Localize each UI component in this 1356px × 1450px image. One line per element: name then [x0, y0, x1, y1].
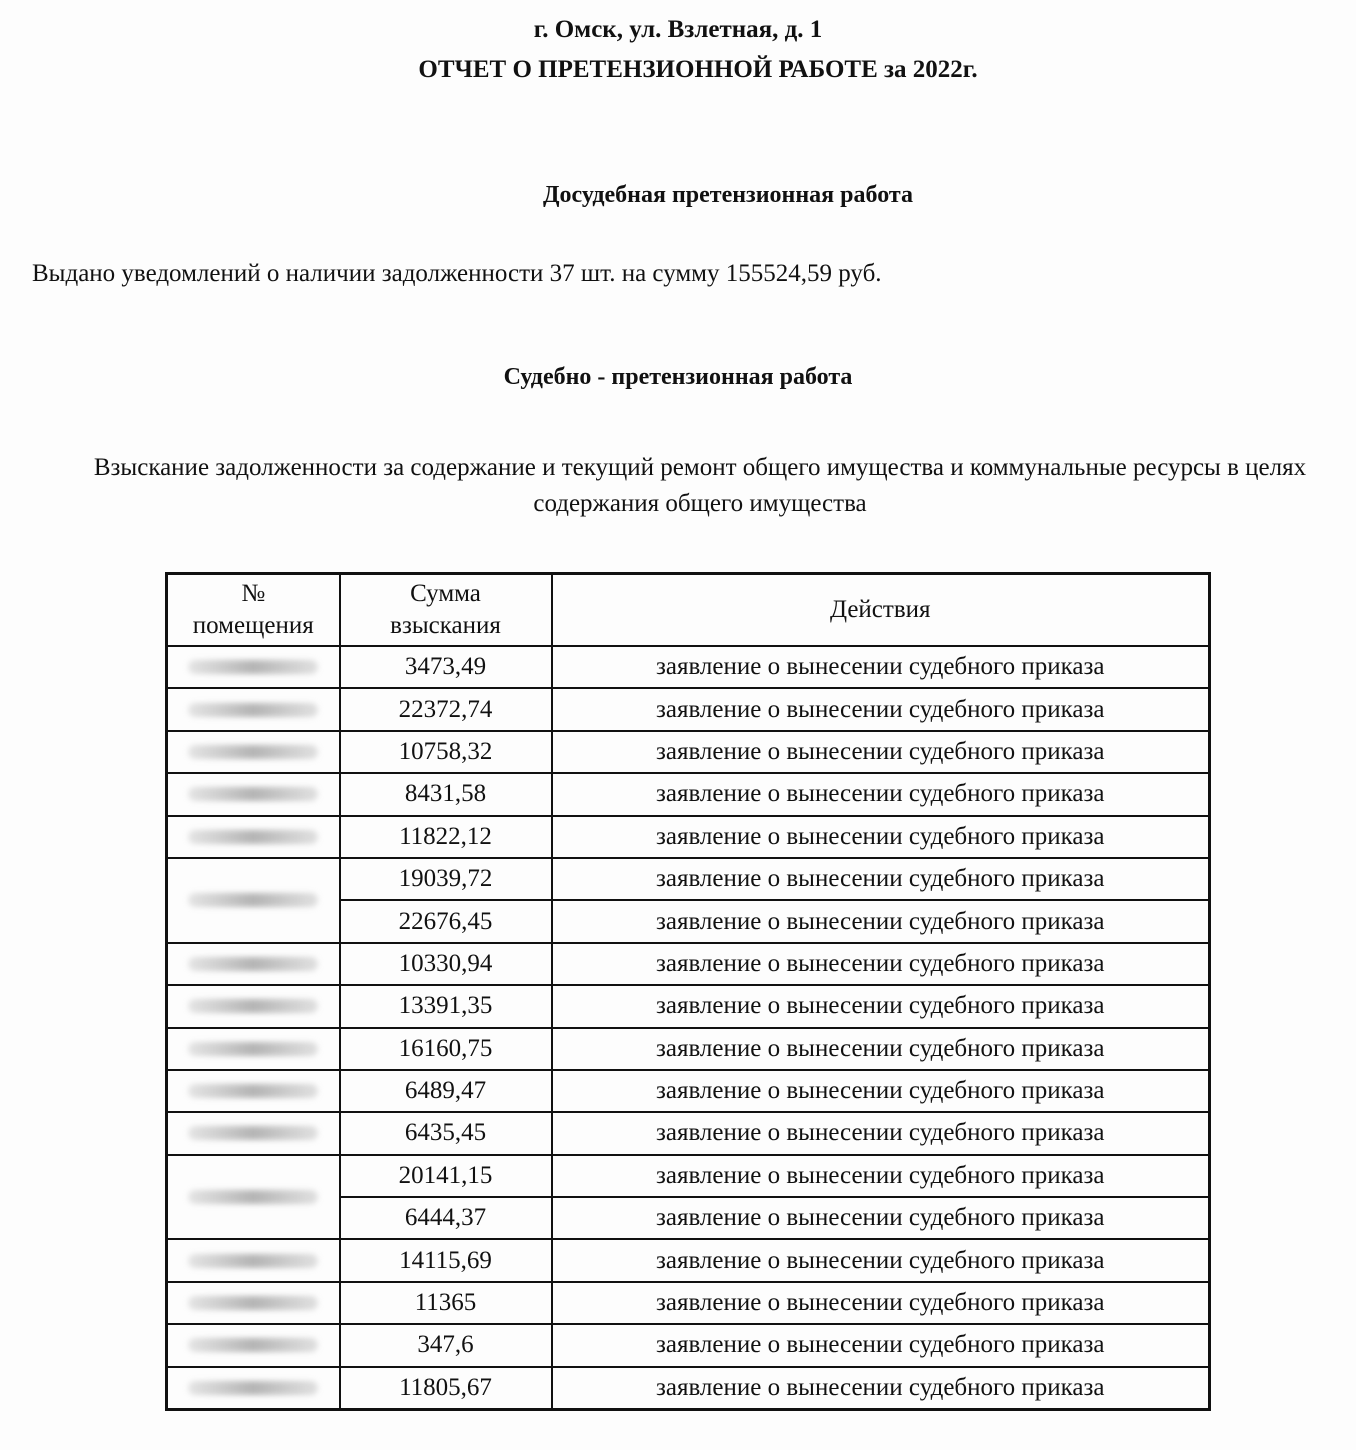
court-description: Взыскание задолженности за содержание и … [40, 450, 1356, 522]
redacted-blur [188, 830, 318, 844]
room-cell-redacted [167, 858, 340, 943]
room-cell-redacted [167, 1282, 340, 1324]
action-cell: заявление о вынесении судебного приказа [552, 1367, 1210, 1410]
action-cell: заявление о вынесении судебного приказа [552, 688, 1210, 730]
amount-cell: 22676,45 [340, 900, 552, 942]
redacted-blur [188, 1126, 318, 1140]
amount-cell: 8431,58 [340, 773, 552, 815]
amount-cell: 6444,37 [340, 1197, 552, 1239]
redacted-blur [188, 703, 318, 717]
amount-cell: 11365 [340, 1282, 552, 1324]
action-cell: заявление о вынесении судебного приказа [552, 900, 1210, 942]
amount-cell: 6435,45 [340, 1112, 552, 1154]
amount-cell: 19039,72 [340, 858, 552, 900]
table-row: 3473,49заявление о вынесении судебного п… [167, 646, 1210, 688]
room-cell-redacted [167, 688, 340, 730]
action-cell: заявление о вынесении судебного приказа [552, 1197, 1210, 1239]
action-cell: заявление о вынесении судебного приказа [552, 1324, 1210, 1366]
pretrial-heading: Досудебная претензионная работа [50, 182, 1356, 209]
header-room: №помещения [167, 574, 340, 647]
redacted-blur [188, 1381, 318, 1395]
table-row: 22372,74заявление о вынесении судебного … [167, 688, 1210, 730]
room-cell-redacted [167, 646, 340, 688]
header-amount: Суммавзыскания [340, 574, 552, 647]
claims-table: №помещения Суммавзыскания Действия 3473,… [165, 572, 1211, 1411]
action-cell: заявление о вынесении судебного приказа [552, 1028, 1210, 1070]
action-cell: заявление о вынесении судебного приказа [552, 1070, 1210, 1112]
table-row: 11365заявление о вынесении судебного при… [167, 1282, 1210, 1324]
redacted-blur [188, 1042, 318, 1056]
redacted-blur [188, 745, 318, 759]
table-row: 8431,58заявление о вынесении судебного п… [167, 773, 1210, 815]
amount-cell: 10758,32 [340, 731, 552, 773]
header-actions: Действия [552, 574, 1210, 647]
header-room-line2: помещения [193, 612, 314, 639]
redacted-blur [188, 1296, 318, 1310]
room-cell-redacted [167, 943, 340, 985]
amount-cell: 20141,15 [340, 1155, 552, 1197]
redacted-blur [188, 1084, 318, 1098]
amount-cell: 10330,94 [340, 943, 552, 985]
table-row: 6435,45заявление о вынесении судебного п… [167, 1112, 1210, 1154]
amount-cell: 16160,75 [340, 1028, 552, 1070]
room-cell-redacted [167, 1070, 340, 1112]
table-row: 10758,32заявление о вынесении судебного … [167, 731, 1210, 773]
amount-cell: 13391,35 [340, 985, 552, 1027]
action-cell: заявление о вынесении судебного приказа [552, 731, 1210, 773]
room-cell-redacted [167, 985, 340, 1027]
action-cell: заявление о вынесении судебного приказа [552, 985, 1210, 1027]
table-row: 11805,67заявление о вынесении судебного … [167, 1367, 1210, 1410]
table-row: 347,6заявление о вынесении судебного при… [167, 1324, 1210, 1366]
room-cell-redacted [167, 1367, 340, 1410]
action-cell: заявление о вынесении судебного приказа [552, 646, 1210, 688]
amount-cell: 347,6 [340, 1324, 552, 1366]
amount-cell: 3473,49 [340, 646, 552, 688]
pretrial-notice: Выдано уведомлений о наличии задолженнос… [32, 260, 882, 288]
action-cell: заявление о вынесении судебного приказа [552, 1112, 1210, 1154]
room-cell-redacted [167, 1112, 340, 1154]
header-amount-line2: взыскания [390, 612, 501, 639]
amount-cell: 14115,69 [340, 1239, 552, 1281]
header-room-line1: № [241, 580, 265, 607]
action-cell: заявление о вынесении судебного приказа [552, 1282, 1210, 1324]
amount-cell: 11805,67 [340, 1367, 552, 1410]
amount-cell: 11822,12 [340, 816, 552, 858]
redacted-blur [188, 1190, 318, 1204]
room-cell-redacted [167, 1239, 340, 1281]
header-amount-line1: Сумма [410, 580, 481, 607]
action-cell: заявление о вынесении судебного приказа [552, 943, 1210, 985]
amount-cell: 6489,47 [340, 1070, 552, 1112]
court-heading: Судебно - претензионная работа [0, 364, 1356, 391]
table-header-row: №помещения Суммавзыскания Действия [167, 574, 1210, 647]
table-row: 11822,12заявление о вынесении судебного … [167, 816, 1210, 858]
address-heading: г. Омск, ул. Взлетная, д. 1 [0, 16, 1356, 44]
action-cell: заявление о вынесении судебного приказа [552, 1239, 1210, 1281]
table-row: 6489,47заявление о вынесении судебного п… [167, 1070, 1210, 1112]
redacted-blur [188, 1338, 318, 1352]
room-cell-redacted [167, 1028, 340, 1070]
action-cell: заявление о вынесении судебного приказа [552, 773, 1210, 815]
table-row: 19039,72заявление о вынесении судебного … [167, 858, 1210, 900]
redacted-blur [188, 1254, 318, 1268]
report-title: ОТЧЕТ О ПРЕТЕНЗИОННОЙ РАБОТЕ за 2022г. [20, 56, 1356, 84]
room-cell-redacted [167, 773, 340, 815]
redacted-blur [188, 660, 318, 674]
action-cell: заявление о вынесении судебного приказа [552, 1155, 1210, 1197]
table-row: 20141,15заявление о вынесении судебного … [167, 1155, 1210, 1197]
amount-cell: 22372,74 [340, 688, 552, 730]
table-row: 13391,35заявление о вынесении судебного … [167, 985, 1210, 1027]
room-cell-redacted [167, 1155, 340, 1240]
table-row: 14115,69заявление о вынесении судебного … [167, 1239, 1210, 1281]
action-cell: заявление о вынесении судебного приказа [552, 858, 1210, 900]
redacted-blur [188, 787, 318, 801]
action-cell: заявление о вынесении судебного приказа [552, 816, 1210, 858]
table-row: 10330,94заявление о вынесении судебного … [167, 943, 1210, 985]
room-cell-redacted [167, 1324, 340, 1366]
room-cell-redacted [167, 816, 340, 858]
redacted-blur [188, 893, 318, 907]
room-cell-redacted [167, 731, 340, 773]
redacted-blur [188, 957, 318, 971]
redacted-blur [188, 999, 318, 1013]
table-row: 16160,75заявление о вынесении судебного … [167, 1028, 1210, 1070]
